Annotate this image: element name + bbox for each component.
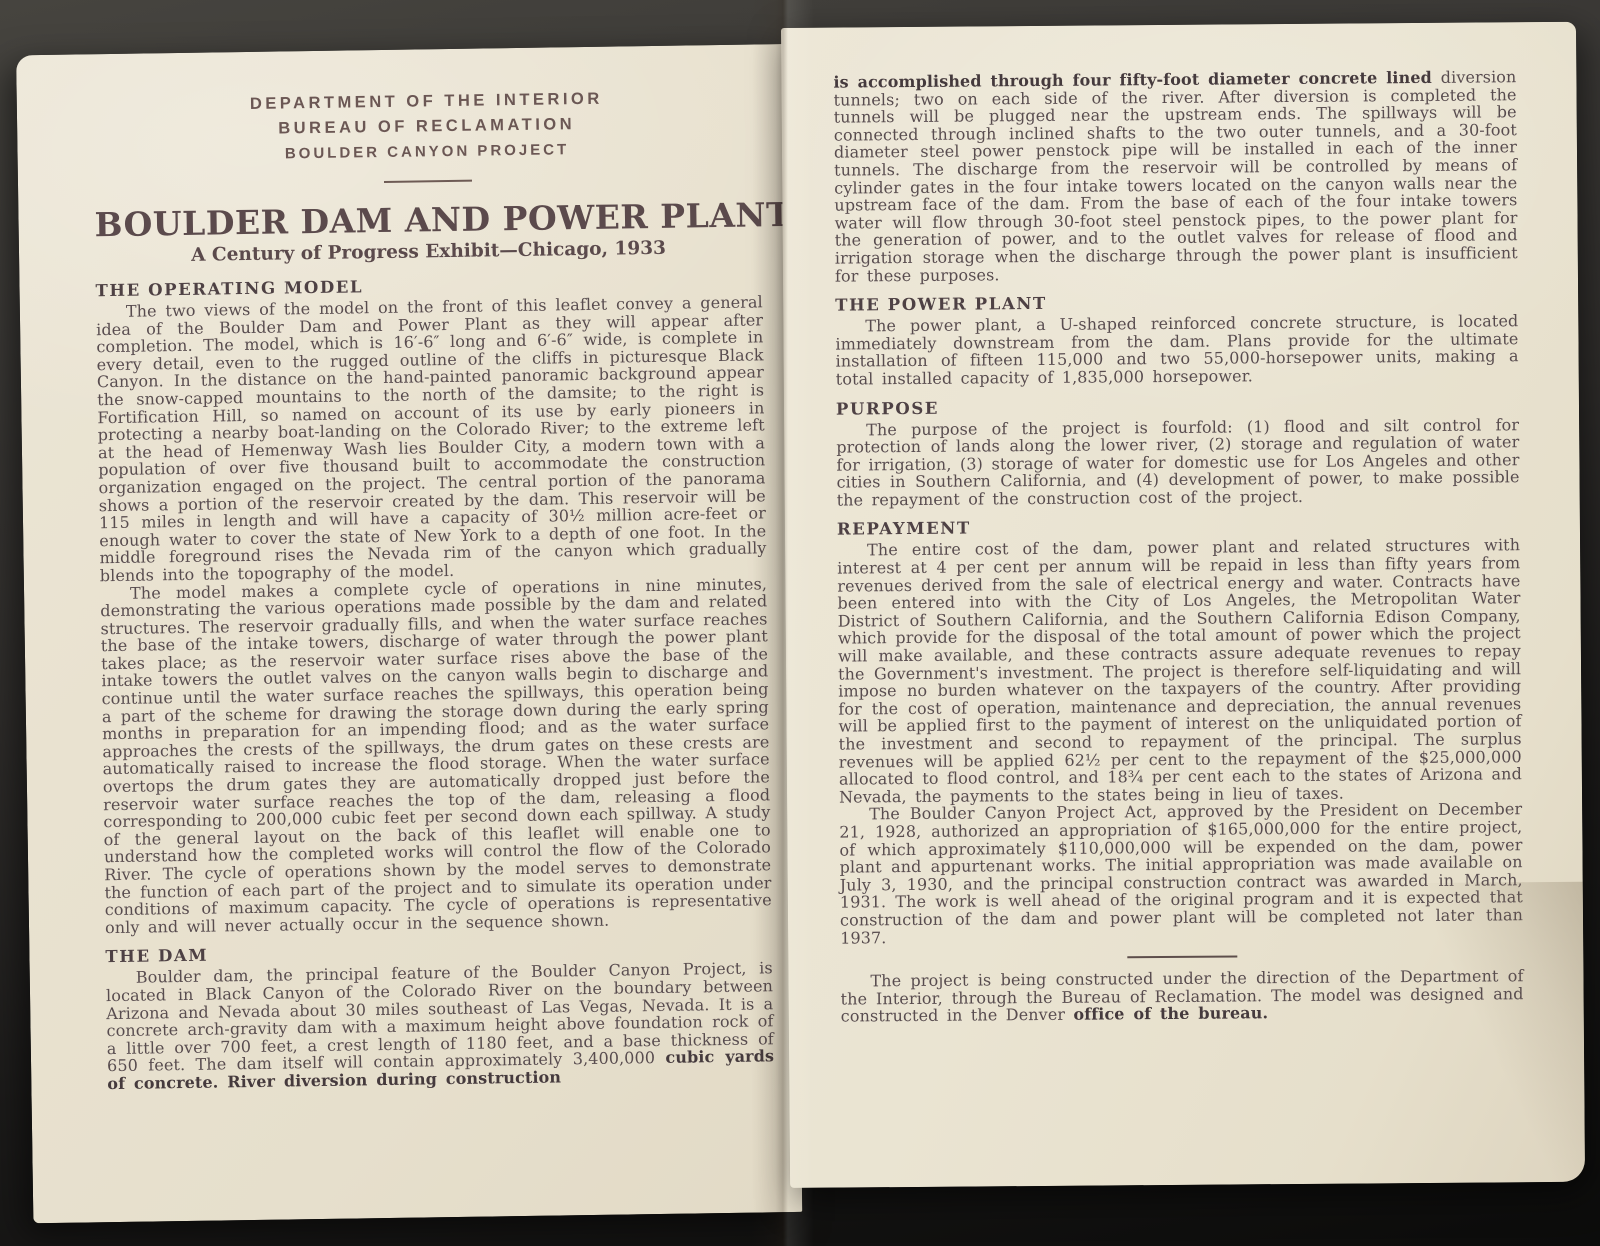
paragraph-repayment-2: The Boulder Canyon Project Act, approved… — [839, 801, 1523, 947]
continuation-text: diversion tunnels; two on each side of t… — [833, 67, 1517, 285]
paragraph-operating-model-1: The two views of the model on the front … — [96, 293, 767, 584]
header-divider-rule — [383, 180, 471, 183]
paragraph-purpose: The purpose of the project is fourfold: … — [836, 416, 1520, 509]
footer-divider-rule — [1127, 956, 1237, 959]
scanned-leaflet-scene: DEPARTMENT OF THE INTERIOR BUREAU OF REC… — [0, 0, 1600, 1246]
leaflet-right-page: is accomplished through four fifty-foot … — [781, 22, 1585, 1188]
footer-bold-tail: office of the bureau. — [1073, 1004, 1268, 1025]
paragraph-footer: The project is being constructed under t… — [840, 967, 1523, 1025]
paragraph-river-diversion-continuation: is accomplished through four fifty-foot … — [833, 68, 1518, 284]
leaflet-left-page: DEPARTMENT OF THE INTERIOR BUREAU OF REC… — [16, 44, 802, 1223]
section-heading-repayment: REPAYMENT — [837, 515, 1520, 539]
section-heading-power-plant: THE POWER PLANT — [835, 290, 1518, 314]
paragraph-the-dam: Boulder dam, the principal feature of th… — [106, 960, 775, 1093]
paragraph-power-plant: The power plant, a U-shaped reinforced c… — [835, 312, 1519, 388]
paragraph-operating-model-2: The model makes a complete cycle of oper… — [100, 575, 772, 937]
section-heading-purpose: PURPOSE — [836, 394, 1519, 418]
department-header: DEPARTMENT OF THE INTERIOR BUREAU OF REC… — [93, 84, 761, 169]
paragraph-repayment-1: The entire cost of the dam, power plant … — [837, 537, 1522, 806]
page-title: BOULDER DAM AND POWER PLANT — [94, 197, 761, 243]
